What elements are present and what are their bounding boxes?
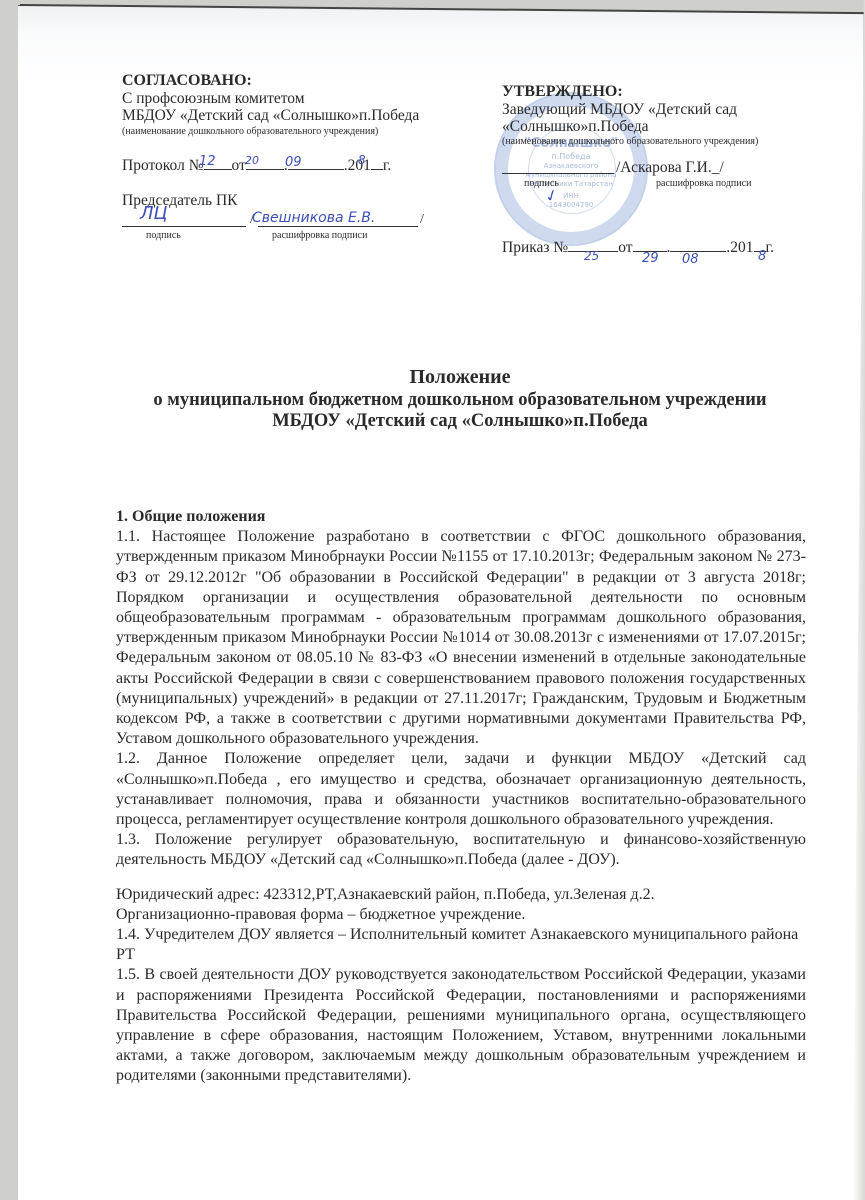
- chairman-label: Председатель ПК: [122, 192, 452, 209]
- handwritten-order-day: 29: [642, 251, 659, 266]
- handwritten-protocol-month: 09: [285, 155, 302, 170]
- approval-right-line1: Заведующий МБДОУ «Детский сад: [502, 101, 812, 118]
- approval-left-caption: (наименование дошкольного образовательно…: [122, 126, 452, 137]
- handwritten-protocol-day: 20: [245, 154, 259, 167]
- paragraph-1-1: 1.1. Настоящее Положение разработано в с…: [116, 527, 806, 749]
- decoding-caption: расшифровка подписи: [656, 178, 751, 189]
- paragraph-1-5: 1.5. В своей деятельности ДОУ руководств…: [116, 965, 806, 1086]
- order-from: от: [618, 239, 632, 256]
- signature-line: [502, 173, 614, 174]
- paragraph-1-4: 1.4. Учредителем ДОУ является – Исполнит…: [116, 925, 806, 965]
- handwritten-protocol-number: 12: [199, 154, 216, 169]
- title-main: Положение: [110, 366, 810, 389]
- approval-left-line1: С профсоюзным комитетом: [122, 90, 452, 107]
- order-year-prefix: .201: [726, 239, 753, 256]
- director-name: /Аскарова Г.И._/: [616, 159, 724, 176]
- document-title: Положение о муниципальном бюджетном дошк…: [110, 366, 810, 432]
- order-prefix: Приказ №: [502, 239, 568, 256]
- slash: /: [420, 212, 424, 228]
- approval-right-line2: «Солнышко»п.Победа: [502, 118, 812, 135]
- paragraph-1-2: 1.2. Данное Положение определяет цели, з…: [116, 749, 806, 830]
- approval-left-line2: МБДОУ «Детский сад «Солнышко»п.Победа: [122, 107, 452, 124]
- approval-right-block: УТВЕРЖДЕНО: Заведующий МБДОУ «Детский са…: [502, 83, 812, 256]
- approval-right-caption: (наименование дошкольного образовательно…: [502, 136, 812, 147]
- legal-address: Юридический адрес: 423312,РТ,Азнакаевски…: [116, 885, 806, 905]
- protocol-year-suffix: г.: [383, 157, 391, 174]
- legal-form: Организационно-правовая форма – бюджетно…: [116, 905, 806, 925]
- title-subtitle: о муниципальном бюджетном дошкольном обр…: [110, 390, 810, 411]
- document-body: 1. Общие положения 1.1. Настоящее Положе…: [116, 507, 806, 1087]
- approval-left-heading: СОГЛАСОВАНО:: [122, 72, 452, 90]
- order-day-field: [633, 237, 667, 252]
- signature-caption: подпись: [146, 230, 181, 241]
- signature-line: [122, 226, 246, 227]
- order-year-suffix: г.: [766, 239, 774, 256]
- chairman-captions: подпись расшифровка подписи: [122, 228, 452, 240]
- handwritten-chairman-signature: ЛЦ: [140, 203, 168, 224]
- handwritten-chairman-name: Свешникова Е.В.: [252, 210, 375, 226]
- order-month-field: [670, 237, 726, 252]
- handwritten-protocol-year: 8: [358, 153, 366, 167]
- decoding-caption: расшифровка подписи: [272, 230, 367, 241]
- approval-right-heading: УТВЕРЖДЕНО:: [502, 83, 812, 101]
- section-heading: 1. Общие положения: [116, 507, 806, 527]
- paragraph-1-3: 1.3. Положение регулирует образовательну…: [116, 830, 806, 870]
- handwritten-order-month: 08: [682, 252, 699, 267]
- handwritten-order-year: 8: [758, 249, 766, 264]
- protocol-year-field: [371, 155, 383, 170]
- protocol-from: от: [232, 157, 246, 174]
- handwritten-order-number: 25: [584, 249, 599, 263]
- title-organization: МБДОУ «Детский сад «Солнышко»п.Победа: [110, 411, 810, 432]
- spacer: [116, 871, 806, 885]
- protocol-prefix: Протокол №: [122, 157, 204, 174]
- director-signature-row: /Аскарова Г.И._/: [502, 157, 812, 177]
